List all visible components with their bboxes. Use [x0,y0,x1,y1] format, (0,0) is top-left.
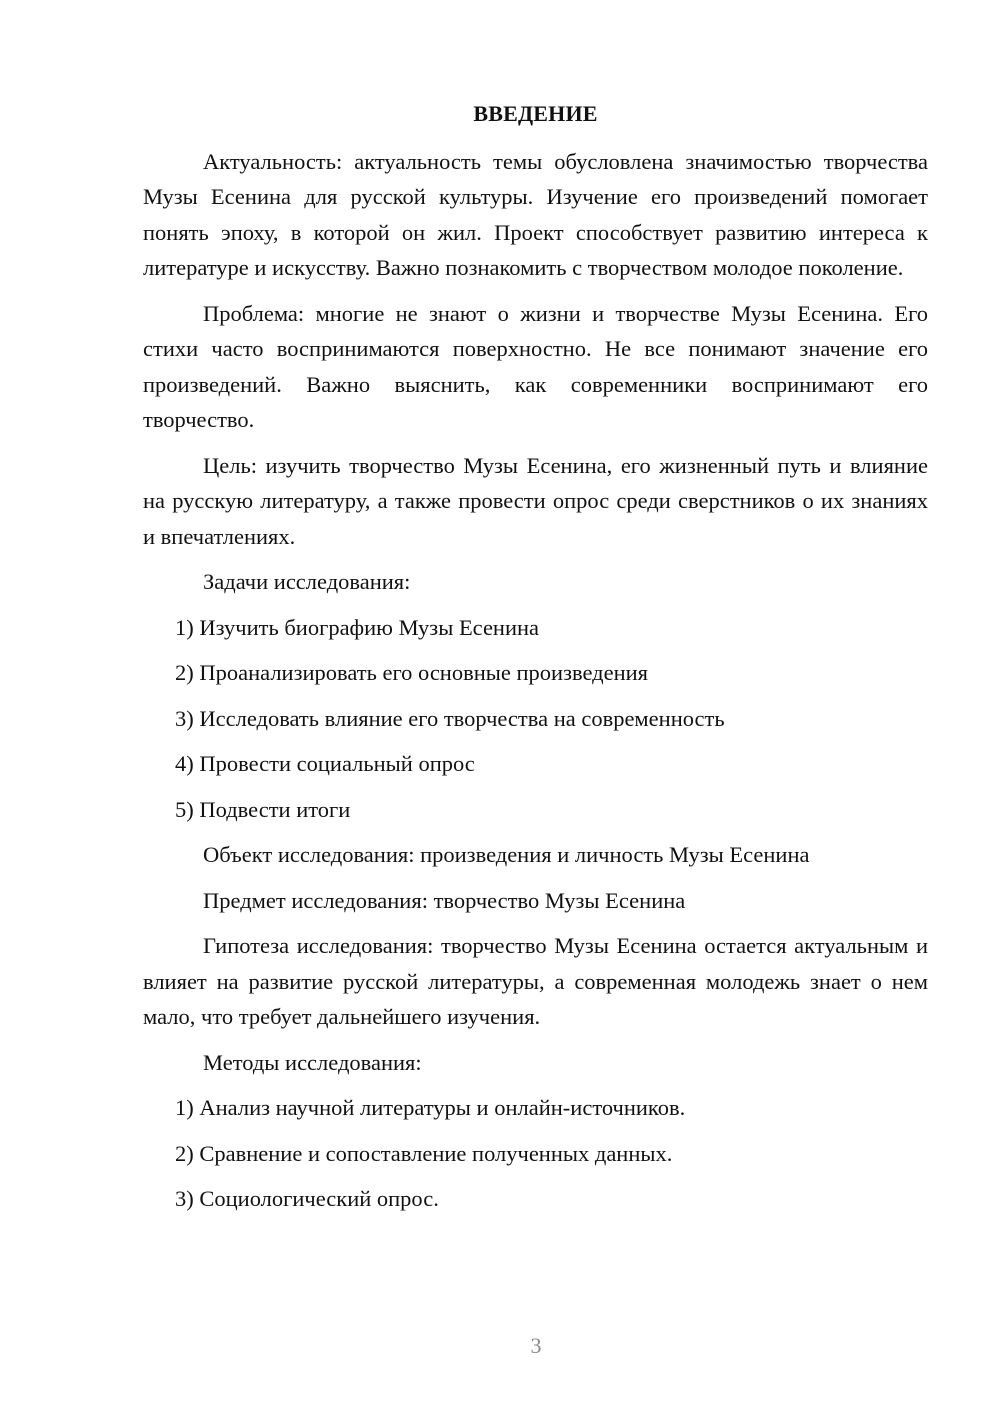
tasks-list: 1) Изучить биографию Музы Есенина 2) Про… [143,610,928,828]
task-item: 3) Исследовать влияние его творчества на… [143,701,928,737]
relevance-paragraph: Актуальность: актуальность темы обусловл… [143,144,928,286]
methods-list: 1) Анализ научной литературы и онлайн-ис… [143,1090,928,1217]
task-item: 2) Проанализировать его основные произве… [143,655,928,691]
method-item: 2) Сравнение и сопоставление полученных … [143,1136,928,1172]
hypothesis-paragraph: Гипотеза исследования: творчество Музы Е… [143,928,928,1035]
section-heading: ВВЕДЕНИЕ [143,96,928,132]
method-item: 3) Социологический опрос. [143,1181,928,1217]
research-object: Объект исследования: произведения и личн… [143,837,928,873]
tasks-label: Задачи исследования: [143,564,928,600]
method-item: 1) Анализ научной литературы и онлайн-ис… [143,1090,928,1126]
research-subject: Предмет исследования: творчество Музы Ес… [143,883,928,919]
goal-paragraph: Цель: изучить творчество Музы Есенина, е… [143,448,928,555]
page-content: ВВЕДЕНИЕ Актуальность: актуальность темы… [143,96,928,1227]
task-item: 5) Подвести итоги [143,792,928,828]
methods-label: Методы исследования: [143,1045,928,1081]
task-item: 1) Изучить биографию Музы Есенина [143,610,928,646]
document-page: ВВЕДЕНИЕ Актуальность: актуальность темы… [0,0,1000,1414]
problem-paragraph: Проблема: многие не знают о жизни и твор… [143,296,928,438]
task-item: 4) Провести социальный опрос [143,746,928,782]
page-number: 3 [0,1333,1000,1359]
